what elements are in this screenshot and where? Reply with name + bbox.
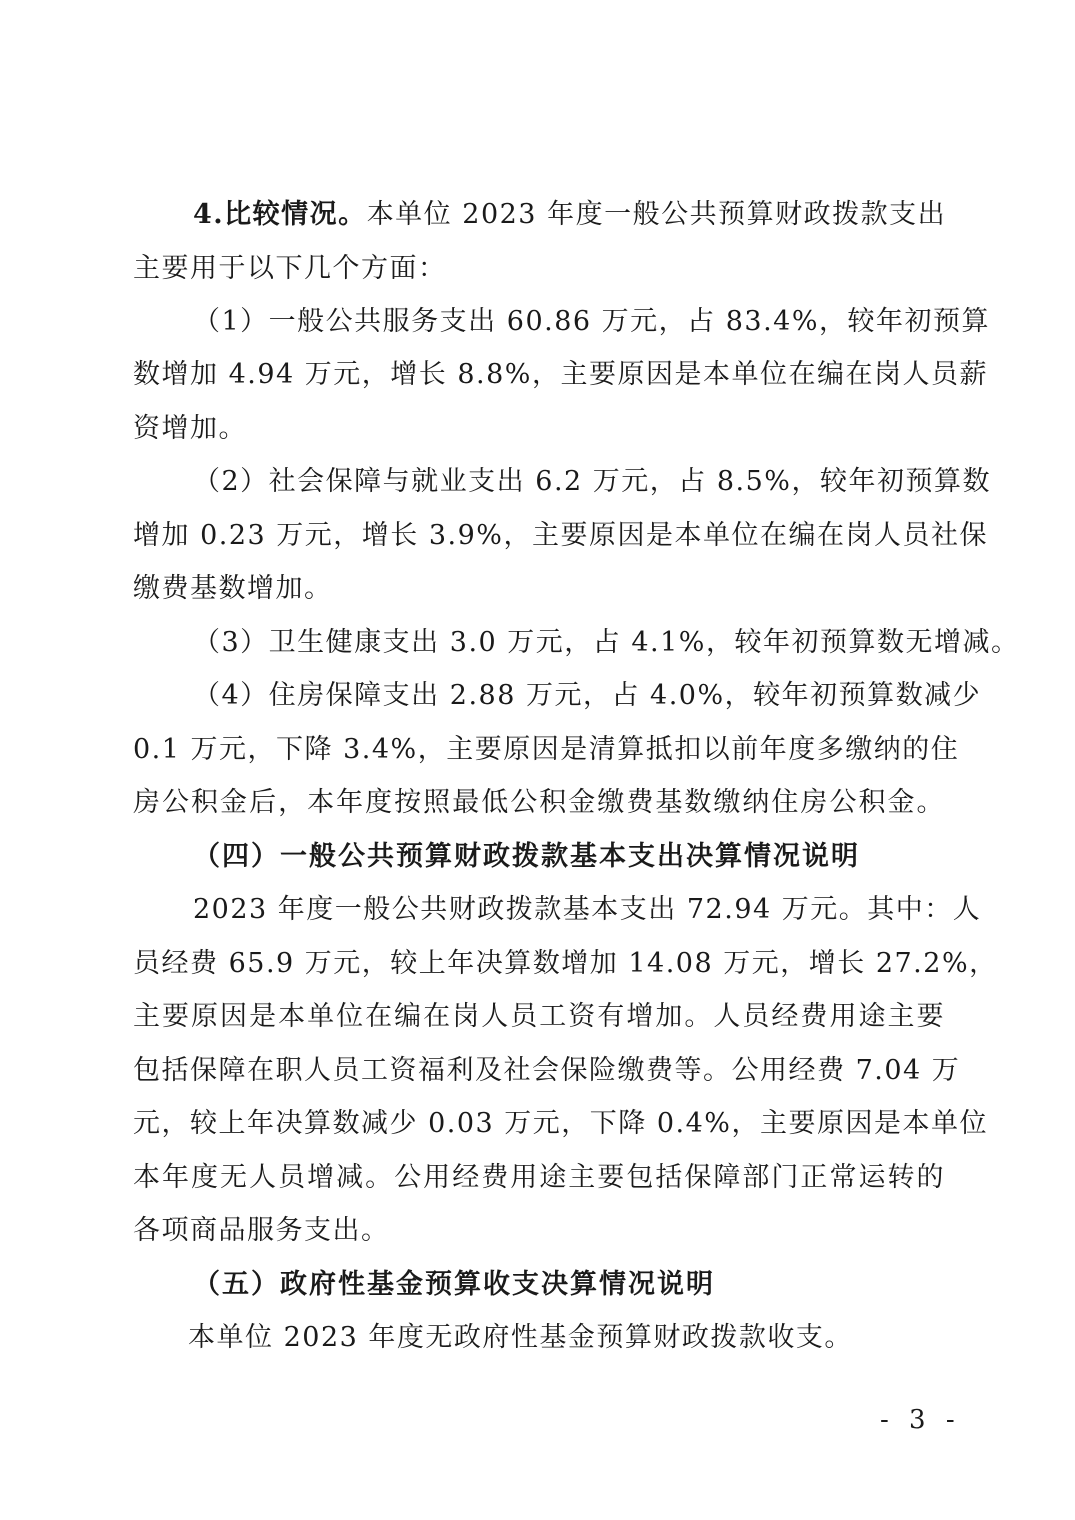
paragraph-line: 主要用于以下几个方面： <box>133 253 945 285</box>
paragraph-line: 4.比较情况。本单位 2023 年度一般公共预算财政拨款支出 <box>193 199 945 231</box>
item-1-line-2: 数增加 4.94 万元，增长 8.8%，主要原因是本单位在编在岗人员薪 <box>133 359 945 391</box>
section-four-line-4: 包括保障在职人员工资福利及社会保险缴费等。公用经费 7.04 万 <box>133 1055 945 1087</box>
section-four-line-7: 各项商品服务支出。 <box>133 1215 945 1247</box>
page-number: - 3 - <box>880 1405 961 1435</box>
section-four-heading: （四）一般公共预算财政拨款基本支出决算情况说明 <box>193 841 945 873</box>
section-lead-label: 4.比较情况。 <box>193 199 367 230</box>
item-2-line-2: 增加 0.23 万元，增长 3.9%，主要原因是本单位在编在岗人员社保 <box>133 520 945 552</box>
item-4-line-1: （4）住房保障支出 2.88 万元，占 4.0%，较年初预算数减少 <box>193 680 945 712</box>
section-four-line-1: 2023 年度一般公共财政拨款基本支出 72.94 万元。其中：人 <box>193 894 945 926</box>
section-five-line-1: 本单位 2023 年度无政府性基金预算财政拨款收支。 <box>188 1322 1000 1354</box>
document-page: 4.比较情况。本单位 2023 年度一般公共预算财政拨款支出 主要用于以下几个方… <box>0 0 1075 1520</box>
item-4-line-2: 0.1 万元，下降 3.4%，主要原因是清算抵扣以前年度多缴纳的住 <box>133 734 945 766</box>
section-four-line-5: 元，较上年决算数减少 0.03 万元，下降 0.4%，主要原因是本单位 <box>133 1108 945 1140</box>
item-2-line-3: 缴费基数增加。 <box>133 573 945 605</box>
item-2-line-1: （2）社会保障与就业支出 6.2 万元，占 8.5%，较年初预算数 <box>193 466 945 498</box>
section-five-heading: （五）政府性基金预算收支决算情况说明 <box>193 1269 945 1301</box>
section-four-line-6: 本年度无人员增减。公用经费用途主要包括保障部门正常运转的 <box>133 1162 945 1194</box>
item-3-line-1: （3）卫生健康支出 3.0 万元，占 4.1%，较年初预算数无增减。 <box>193 627 945 659</box>
section-four-line-3: 主要原因是本单位在编在岗人员工资有增加。人员经费用途主要 <box>133 1001 945 1033</box>
section-lead-text: 本单位 2023 年度一般公共预算财政拨款支出 <box>367 199 946 230</box>
item-1-line-3: 资增加。 <box>133 413 945 445</box>
item-4-line-3: 房公积金后，本年度按照最低公积金缴费基数缴纳住房公积金。 <box>133 787 945 819</box>
item-1-line-1: （1）一般公共服务支出 60.86 万元，占 83.4%，较年初预算 <box>193 306 945 338</box>
section-four-line-2: 员经费 65.9 万元，较上年决算数增加 14.08 万元，增长 27.2%， <box>133 948 945 980</box>
